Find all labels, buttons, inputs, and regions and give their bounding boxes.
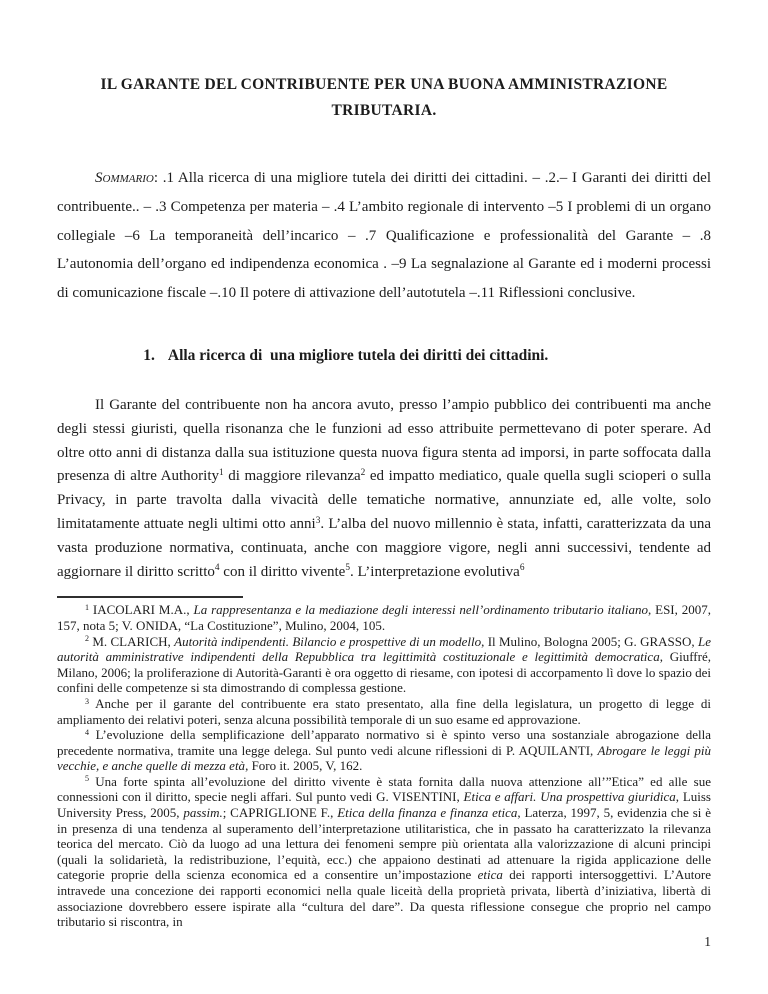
summary-label: Sommario	[95, 170, 154, 186]
section-number: 1.	[143, 347, 155, 364]
section-1-paragraph: Il Garante del contribuente non ha ancor…	[57, 394, 711, 584]
document-page: IL GARANTE DEL CONTRIBUENTE PER UNA BUON…	[0, 0, 768, 994]
footnote-3: 3 Anche per il garante del contribuente …	[57, 696, 711, 727]
summary-text: : .1 Alla ricerca di una migliore tutela…	[57, 170, 711, 301]
footnotes-section: 1 IACOLARI M.A., La rappresentanza e la …	[57, 602, 711, 929]
footnote-5: 5 Una forte spinta all’evoluzione del di…	[57, 774, 711, 930]
title-line-2: TRIBUTARIA.	[331, 102, 436, 119]
footnote-separator	[57, 596, 243, 598]
footnote-1: 1 IACOLARI M.A., La rappresentanza e la …	[57, 602, 711, 633]
summary-paragraph: Sommario: .1 Alla ricerca di una miglior…	[57, 164, 711, 308]
footnote-2: 2 M. CLARICH, Autorità indipendenti. Bil…	[57, 634, 711, 696]
title-line-1: IL GARANTE DEL CONTRIBUENTE PER UNA BUON…	[100, 76, 667, 93]
section-1-heading: 1.Alla ricerca di una migliore tutela de…	[57, 320, 711, 392]
section-title: Alla ricerca di una migliore tutela dei …	[168, 347, 548, 364]
page-content: IL GARANTE DEL CONTRIBUENTE PER UNA BUON…	[0, 72, 768, 930]
page-number: 1	[704, 934, 711, 950]
footnote-4: 4 L’evoluzione della semplificazione del…	[57, 727, 711, 774]
document-title: IL GARANTE DEL CONTRIBUENTE PER UNA BUON…	[57, 72, 711, 124]
